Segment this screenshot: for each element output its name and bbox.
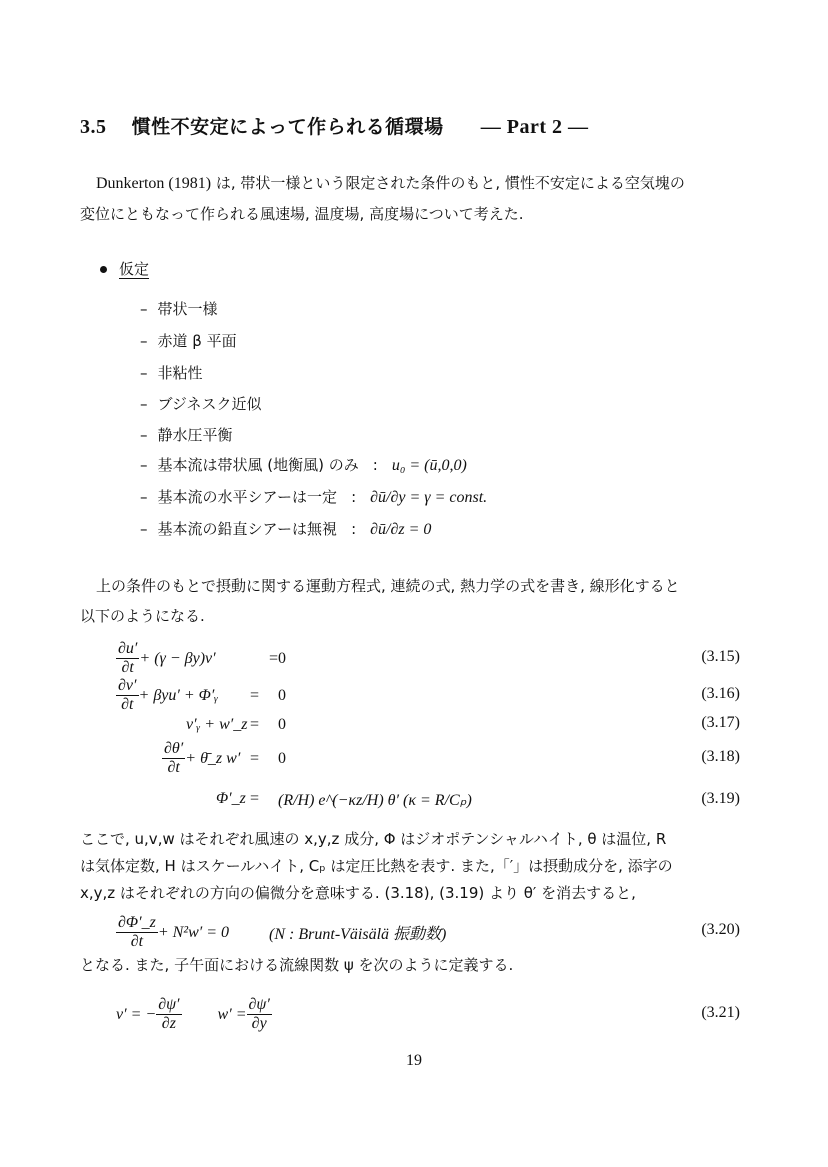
- intro-line-1: Dunkerton (1981) は, 帯状一様という限定された条件のもと, 慣…: [96, 168, 685, 199]
- equation-label: (3.19): [701, 790, 740, 808]
- para2-line-2: 以下のようになる.: [80, 601, 205, 632]
- para3-line-3: x,y,z はそれぞれの方向の偏微分を意味する. (3.18), (3.19) …: [80, 878, 636, 909]
- assumption-item: –非粘性: [140, 362, 203, 383]
- assumption-item: –基本流の鉛直シアーは無視:∂ū/∂z = 0: [140, 518, 431, 539]
- equation-3-16: ∂v′∂t + βyu′ + Φ′ᵧ: [116, 677, 218, 714]
- section-part: — Part 2 —: [481, 116, 589, 138]
- para4-line-1: となる. また, 子午面における流線関数 ψ を次のように定義する.: [80, 950, 513, 981]
- equation-3-18: ∂θ′∂t + θ̄_z w′: [162, 740, 240, 777]
- equation-label: (3.15): [701, 648, 740, 666]
- assumption-item: –赤道 β 平面: [140, 330, 237, 351]
- section-title: 慣性不安定によって作られる循環場: [132, 116, 444, 138]
- assumption-item: –ブジネスク近似: [140, 393, 261, 414]
- page-number: 19: [0, 1052, 828, 1070]
- equation-label: (3.18): [701, 748, 740, 766]
- section-heading: 3.5 慣性不安定によって作られる循環場 — Part 2 —: [80, 112, 589, 139]
- equation-label: (3.17): [701, 714, 740, 732]
- assumptions-label: 仮定: [119, 260, 149, 278]
- assumption-item: –基本流の水平シアーは一定:∂ū/∂y = γ = const.: [140, 486, 487, 507]
- assumption-item: –静水圧平衡: [140, 424, 233, 445]
- equation-label: (3.20): [701, 921, 740, 939]
- intro-line-2: 変位にともなって作られる風速場, 温度場, 高度場について考えた.: [80, 199, 524, 230]
- para2-line-1: 上の条件のもとで摂動に関する運動方程式, 連続の式, 熱力学の式を書き, 線形化…: [96, 571, 680, 602]
- assumption-item: –基本流は帯状風 (地衡風) のみ:u₀ = (ū,0,0): [140, 454, 467, 475]
- equation-label: (3.16): [701, 685, 740, 703]
- equation-3-20: ∂Φ′_z∂t + N²w′ = 0 (N : Brunt-Väisälä 振動…: [116, 914, 446, 951]
- equation-3-19: Φ′_z: [216, 790, 246, 808]
- assumptions-bullet: 仮定: [100, 258, 149, 279]
- equation-3-17: v′ᵧ + w′_z: [186, 716, 247, 734]
- assumption-item: –帯状一様: [140, 298, 218, 319]
- section-number: 3.5: [80, 116, 107, 138]
- equation-3-21: v′ = − ∂ψ′∂z w′ = ∂ψ′∂y: [116, 996, 272, 1033]
- equation-label: (3.21): [701, 1004, 740, 1022]
- bullet-icon: [100, 266, 107, 273]
- equation-3-15: ∂u′∂t + (γ − βy)v′: [116, 640, 336, 677]
